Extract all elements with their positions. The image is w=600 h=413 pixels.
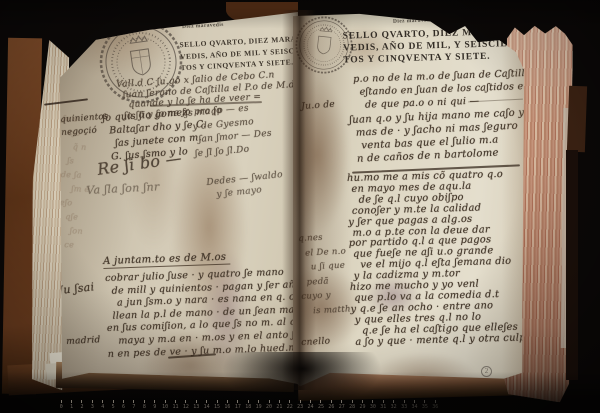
ruler-number: 5 <box>108 400 118 412</box>
ruler-number: 11 <box>170 400 180 412</box>
section-heading-underlined: A juntam.to es de M.os <box>103 252 231 269</box>
ruler-number: 6 <box>118 400 128 412</box>
handwriting-line: c c e <box>62 18 89 32</box>
leather-cover-sliver <box>566 150 578 380</box>
ruler-number: 2 <box>77 400 87 412</box>
margin-note: Ju ʃsai <box>58 280 95 297</box>
ruler-number: 33 <box>399 400 409 412</box>
ruler-number: 7 <box>129 400 139 412</box>
handwriting-line: q̃ n <box>73 140 92 155</box>
ruler-number: 14 <box>201 400 211 412</box>
handwriting-line: Va ʃla ʃon ʃnr <box>86 180 160 197</box>
handwriting-main-block: hu.mo me a mis cõ quatro q.oen mayo mes … <box>347 169 530 348</box>
ruler-number: 8 <box>139 400 149 412</box>
ruler-number: 29 <box>357 400 367 412</box>
handwriting-entries-column-b: ʃs maqp — esy de Gyesmoʃan ʃmor — Desʃe … <box>185 101 274 162</box>
ruler-number: 36 <box>430 400 440 412</box>
sello-cuarto-printed-header: SELLO QVARTO, DIEZ MARA-VEDIS, AÑO DE MI… <box>343 25 530 66</box>
left-page: Diez maravedis SELLO QVARTO, DIEZ MARA-V… <box>58 12 298 384</box>
ruler-number: 35 <box>420 400 430 412</box>
ruler-number: 3 <box>87 400 97 412</box>
ruler-number: 1 <box>66 400 76 412</box>
ruler-number: 26 <box>326 400 336 412</box>
handwriting-line: ʃon <box>70 224 89 239</box>
ruler-number: 4 <box>98 400 108 412</box>
ruler-number: 30 <box>368 400 378 412</box>
centimeter-ruler: 0123456789101112131415161718192021222324… <box>56 400 556 412</box>
handwriting-line: u ʃi que <box>311 258 349 274</box>
handwriting-opening-block: p.o no de la m.o de ʃuan de Caʃtillo d. … <box>353 66 530 112</box>
bleedthrough-marks: c c eʃ c <box>62 18 89 46</box>
handwriting-block: ʃuan q.o y ʃu hija mano me caʃo y peʃoma… <box>349 105 530 166</box>
diez-maravedis-stamp: Diez maravedis <box>182 22 224 30</box>
right-page: Diez maravedis SELLO QVARTO, DIEZ MARA-V… <box>293 10 530 392</box>
ruler-number: 24 <box>305 400 315 412</box>
diez-maravedis-stamp: Diez maravedis <box>393 17 435 24</box>
ruler-number: 22 <box>285 400 295 412</box>
ruler-number: 23 <box>295 400 305 412</box>
ruler-number: 25 <box>316 400 326 412</box>
ruler-number: 34 <box>409 400 419 412</box>
ruler-number: 27 <box>337 400 347 412</box>
handwriting-section-block: cobrar julio ʃuse · y quatro ʃe manode m… <box>105 265 298 361</box>
ruler-number: 12 <box>181 400 191 412</box>
ruler-number: 31 <box>378 400 388 412</box>
handwriting-line: ʃ c <box>68 32 89 46</box>
ruler-number: 18 <box>243 400 253 412</box>
margin-note: cnello <box>301 336 331 348</box>
handwriting-line: Dedes — ʃwaldo <box>206 170 283 188</box>
folio-number-stamp: 2 <box>481 366 492 377</box>
ruler-number: 32 <box>389 400 399 412</box>
handwriting-line: qʃe <box>65 210 89 225</box>
ruler-number: 13 <box>191 400 201 412</box>
margin-note: Ju.o de <box>301 100 335 112</box>
ruler-number: 19 <box>253 400 263 412</box>
handwriting-line: eʃo <box>60 196 90 211</box>
sello-cuarto-printed-header: SELLO QVARTO, DIEZ MARA-VEDIS, AÑO DE MI… <box>179 33 298 74</box>
ruler-number: 21 <box>274 400 284 412</box>
handwriting-line: is matth <box>313 302 351 318</box>
margin-note: negoçió <box>61 126 97 138</box>
ruler-number: 20 <box>264 400 274 412</box>
handwriting-line: ce <box>64 238 88 253</box>
margin-notes-column: q.nesel De n.ou ʃi quepedãcuyo yis matth <box>298 229 351 318</box>
ruler-number: 16 <box>222 400 232 412</box>
ruler-number: 0 <box>56 400 66 412</box>
ruler-number: 9 <box>150 400 160 412</box>
handwriting-line: ʃs <box>67 154 91 169</box>
handwriting-line: y ʃe mayo <box>216 185 262 200</box>
leather-cover-sliver <box>567 86 587 153</box>
ruler-number: 17 <box>233 400 243 412</box>
margin-note: madrid <box>66 335 101 347</box>
ruler-number: 15 <box>212 400 222 412</box>
handwriting-line: de ʃa <box>61 168 91 183</box>
manuscript-photo: Diez maravedis SELLO QVARTO, DIEZ MARA-V… <box>0 0 600 413</box>
ruler-number: 28 <box>347 400 357 412</box>
ruler-number: 10 <box>160 400 170 412</box>
